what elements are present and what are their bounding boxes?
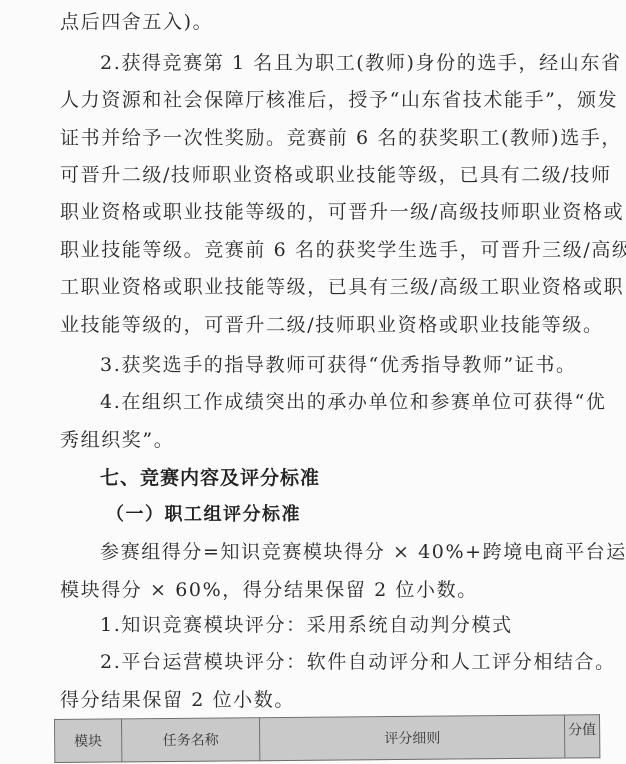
paragraph-line: 人力资源和社会保障厅核准后，授予“山东省技术能手”，颁发 bbox=[60, 88, 600, 112]
paragraph-line: 模块得分 × 60%，得分结果保留 2 位小数。 bbox=[60, 578, 600, 602]
paragraph-line: 2.平台运营模块评分：软件自动评分和人工评分相结合。 bbox=[100, 650, 626, 674]
document-page: 点后四舍五入)。 2.获得竞赛第 1 名且为职工(教师)身份的选手，经山东省 人… bbox=[0, 0, 626, 764]
header-task-name: 任务名称 bbox=[121, 718, 260, 762]
paragraph-line: 职业资格或职业技能等级的，可晋升一级/高级技师职业资格或 bbox=[60, 200, 600, 224]
table-header-row: 模块 任务名称 评分细则 分值 bbox=[55, 715, 600, 763]
paragraph-line: 参赛组得分=知识竞赛模块得分 × 40%+跨境电商平台运营 bbox=[100, 540, 626, 564]
paragraph-line: 3.获奖选手的指导教师可获得“优秀指导教师”证书。 bbox=[100, 353, 626, 377]
paragraph-line: 工职业资格或职业技能等级，已具有三级/高级工职业资格或职 bbox=[60, 275, 600, 299]
subsection-heading: （一）职工组评分标准 bbox=[106, 503, 626, 527]
paragraph-line: 秀组织奖”。 bbox=[60, 428, 600, 452]
scoring-table: 模块 任务名称 评分细则 分值 bbox=[54, 714, 600, 763]
paragraph-line: 4.在组织工作成绩突出的承办单位和参赛单位可获得“优 bbox=[100, 390, 626, 414]
paragraph-line: 证书并给予一次性奖励。竞赛前 6 名的获奖职工(教师)选手， bbox=[60, 126, 600, 150]
paragraph-line: 点后四舍五入)。 bbox=[60, 10, 600, 34]
header-module: 模块 bbox=[55, 719, 122, 763]
paragraph-line: 1.知识竞赛模块评分：采用系统自动判分模式 bbox=[100, 613, 626, 637]
paragraph-line: 2.获得竞赛第 1 名且为职工(教师)身份的选手，经山东省 bbox=[100, 51, 626, 75]
paragraph-line: 可晋升二级/技师职业资格或职业技能等级，已具有二级/技师 bbox=[60, 163, 600, 187]
paragraph-line: 业技能等级的，可晋升二级/技师职业资格或职业技能等级。 bbox=[60, 313, 600, 337]
header-scoring-rules: 评分细则 bbox=[260, 715, 565, 761]
section-heading: 七、竞赛内容及评分标准 bbox=[100, 466, 626, 490]
paragraph-line: 职业技能等级。竞赛前 6 名的获奖学生选手，可晋升三级/高级 bbox=[60, 238, 600, 262]
header-score-value: 分值 bbox=[565, 715, 600, 758]
paragraph-line: 得分结果保留 2 位小数。 bbox=[60, 688, 600, 712]
